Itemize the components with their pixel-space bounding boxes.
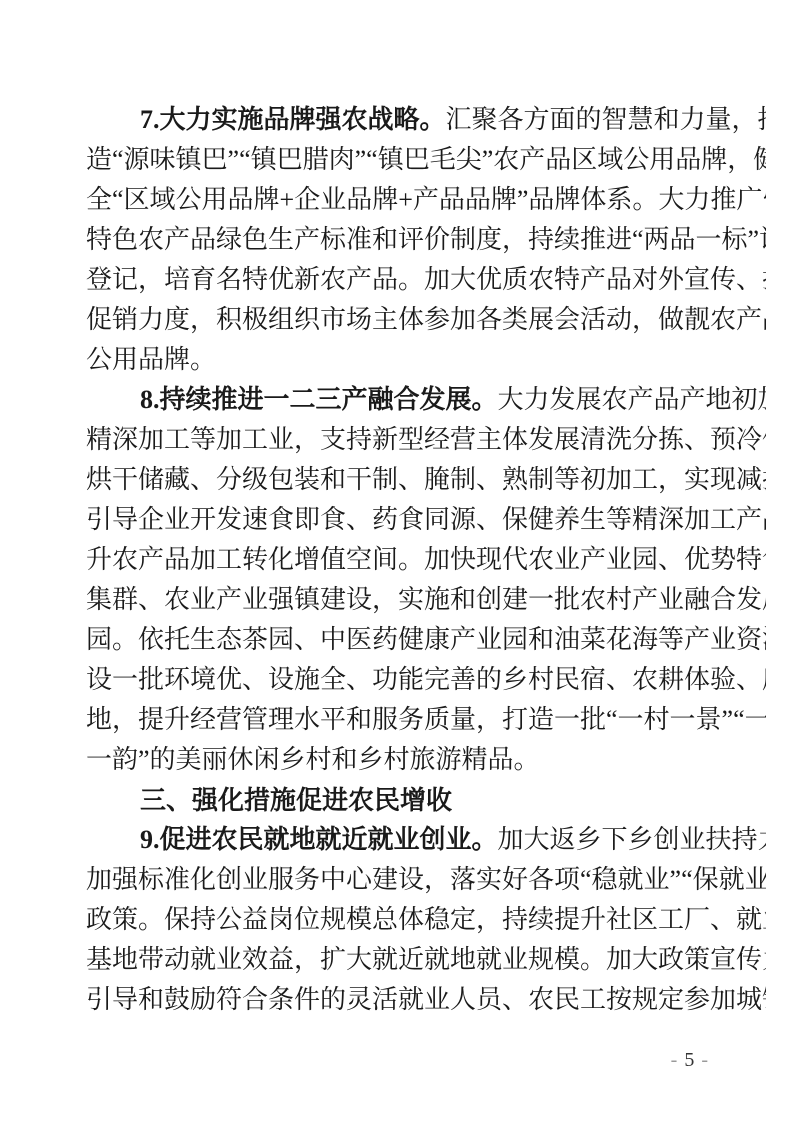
text-line: 地，提升经营管理水平和服务质量，打造一批“一村一景”“一村 — [86, 700, 766, 740]
section-heading: 三、强化措施促进农民增收 — [86, 780, 766, 820]
line-text: 大力发展农产品产地初加工、 — [498, 385, 766, 414]
line-text: 特色农产品绿色生产标准和评价制度，持续推进“两品一标”认证 — [86, 225, 766, 254]
line-text: 设一批环境优、设施全、功能完善的乡村民宿、农耕体验、康养基 — [86, 665, 766, 694]
line-text: 园。依托生态茶园、中医药健康产业园和油菜花海等产业资源，建 — [86, 625, 766, 654]
text-line: 烘干储藏、分级包装和干制、腌制、熟制等初加工，实现减损增效。 — [86, 460, 766, 500]
page-number: -5- — [671, 1046, 709, 1074]
text-line: 引导企业开发速食即食、药食同源、保健养生等精深加工产品，提 — [86, 500, 766, 540]
line-text: 全“区域公用品牌+企业品牌+产品品牌”品牌体系。大力推广骨干 — [86, 185, 766, 214]
line-text: 升农产品加工转化增值空间。加快现代农业产业园、优势特色产业 — [86, 545, 766, 574]
line-text: 促销力度，积极组织市场主体参加各类展会活动，做靓农产品区域 — [86, 305, 766, 334]
text-line: 基地带动就业效益，扩大就近就地就业规模。加大政策宣传力度， — [86, 940, 766, 980]
line-text: 加强标准化创业服务中心建设，落实好各项“稳就业”“保就业” — [86, 865, 766, 894]
text-line: 加强标准化创业服务中心建设，落实好各项“稳就业”“保就业” — [86, 860, 766, 900]
line-text: 精深加工等加工业，支持新型经营主体发展清洗分拣、预冷保鲜、 — [86, 425, 766, 454]
line-text: 加大返乡下乡创业扶持力度， — [498, 825, 766, 854]
text-line: 9.促进农民就地就近就业创业。加大返乡下乡创业扶持力度， — [86, 820, 766, 860]
page-number-dash-right: - — [701, 1049, 709, 1071]
text-line: 引导和鼓励符合条件的灵活就业人员、农民工按规定参加城镇企业 — [86, 980, 766, 1020]
text-line: 全“区域公用品牌+企业品牌+产品品牌”品牌体系。大力推广骨干 — [86, 180, 766, 220]
line-text: 政策。保持公益岗位规模总体稳定，持续提升社区工厂、就业帮扶 — [86, 905, 766, 934]
text-line: 升农产品加工转化增值空间。加快现代农业产业园、优势特色产业 — [86, 540, 766, 580]
line-text: 造“源味镇巴”“镇巴腊肉”“镇巴毛尖”农产品区域公用品牌，健 — [86, 145, 766, 174]
page-number-value: 5 — [678, 1049, 701, 1071]
text-line: 促销力度，积极组织市场主体参加各类展会活动，做靓农产品区域 — [86, 300, 766, 340]
text-line: 造“源味镇巴”“镇巴腊肉”“镇巴毛尖”农产品区域公用品牌，健 — [86, 140, 766, 180]
text-line: 设一批环境优、设施全、功能完善的乡村民宿、农耕体验、康养基 — [86, 660, 766, 700]
line-text: 一韵”的美丽休闲乡村和乡村旅游精品。 — [86, 745, 540, 774]
text-line: 政策。保持公益岗位规模总体稳定，持续提升社区工厂、就业帮扶 — [86, 900, 766, 940]
paragraph-lead-sentence: 8.持续推进一二三产融合发展。 — [140, 385, 498, 414]
line-text: 烘干储藏、分级包装和干制、腌制、熟制等初加工，实现减损增效。 — [86, 465, 766, 494]
text-line: 特色农产品绿色生产标准和评价制度，持续推进“两品一标”认证 — [86, 220, 766, 260]
line-text: 引导企业开发速食即食、药食同源、保健养生等精深加工产品，提 — [86, 505, 766, 534]
text-line: 集群、农业产业强镇建设，实施和创建一批农村产业融合发展示范 — [86, 580, 766, 620]
line-text: 基地带动就业效益，扩大就近就地就业规模。加大政策宣传力度， — [86, 945, 766, 974]
paragraph-lead-sentence: 7.大力实施品牌强农战略。 — [140, 105, 446, 134]
line-text: 引导和鼓励符合条件的灵活就业人员、农民工按规定参加城镇企业 — [86, 985, 766, 1014]
line-text: 三、强化措施促进农民增收 — [140, 785, 452, 815]
line-text: 登记，培育名特优新农产品。加大优质农特产品对外宣传、推介、 — [86, 265, 766, 294]
line-text: 汇聚各方面的智慧和力量，持续打 — [446, 105, 766, 134]
line-text: 地，提升经营管理水平和服务质量，打造一批“一村一景”“一村 — [86, 705, 766, 734]
text-line: 公用品牌。 — [86, 340, 766, 380]
text-line: 精深加工等加工业，支持新型经营主体发展清洗分拣、预冷保鲜、 — [86, 420, 766, 460]
text-line: 一韵”的美丽休闲乡村和乡村旅游精品。 — [86, 740, 766, 780]
line-text: 集群、农业产业强镇建设，实施和创建一批农村产业融合发展示范 — [86, 585, 766, 614]
document-page: 7.大力实施品牌强农战略。汇聚各方面的智慧和力量，持续打 造“源味镇巴”“镇巴腊… — [0, 0, 793, 1122]
document-body: 7.大力实施品牌强农战略。汇聚各方面的智慧和力量，持续打 造“源味镇巴”“镇巴腊… — [86, 100, 766, 1020]
text-line: 8.持续推进一二三产融合发展。大力发展农产品产地初加工、 — [86, 380, 766, 420]
paragraph-lead-sentence: 9.促进农民就地就近就业创业。 — [140, 825, 498, 854]
line-text: 公用品牌。 — [86, 345, 216, 374]
text-line: 登记，培育名特优新农产品。加大优质农特产品对外宣传、推介、 — [86, 260, 766, 300]
text-line: 7.大力实施品牌强农战略。汇聚各方面的智慧和力量，持续打 — [86, 100, 766, 140]
text-line: 园。依托生态茶园、中医药健康产业园和油菜花海等产业资源，建 — [86, 620, 766, 660]
